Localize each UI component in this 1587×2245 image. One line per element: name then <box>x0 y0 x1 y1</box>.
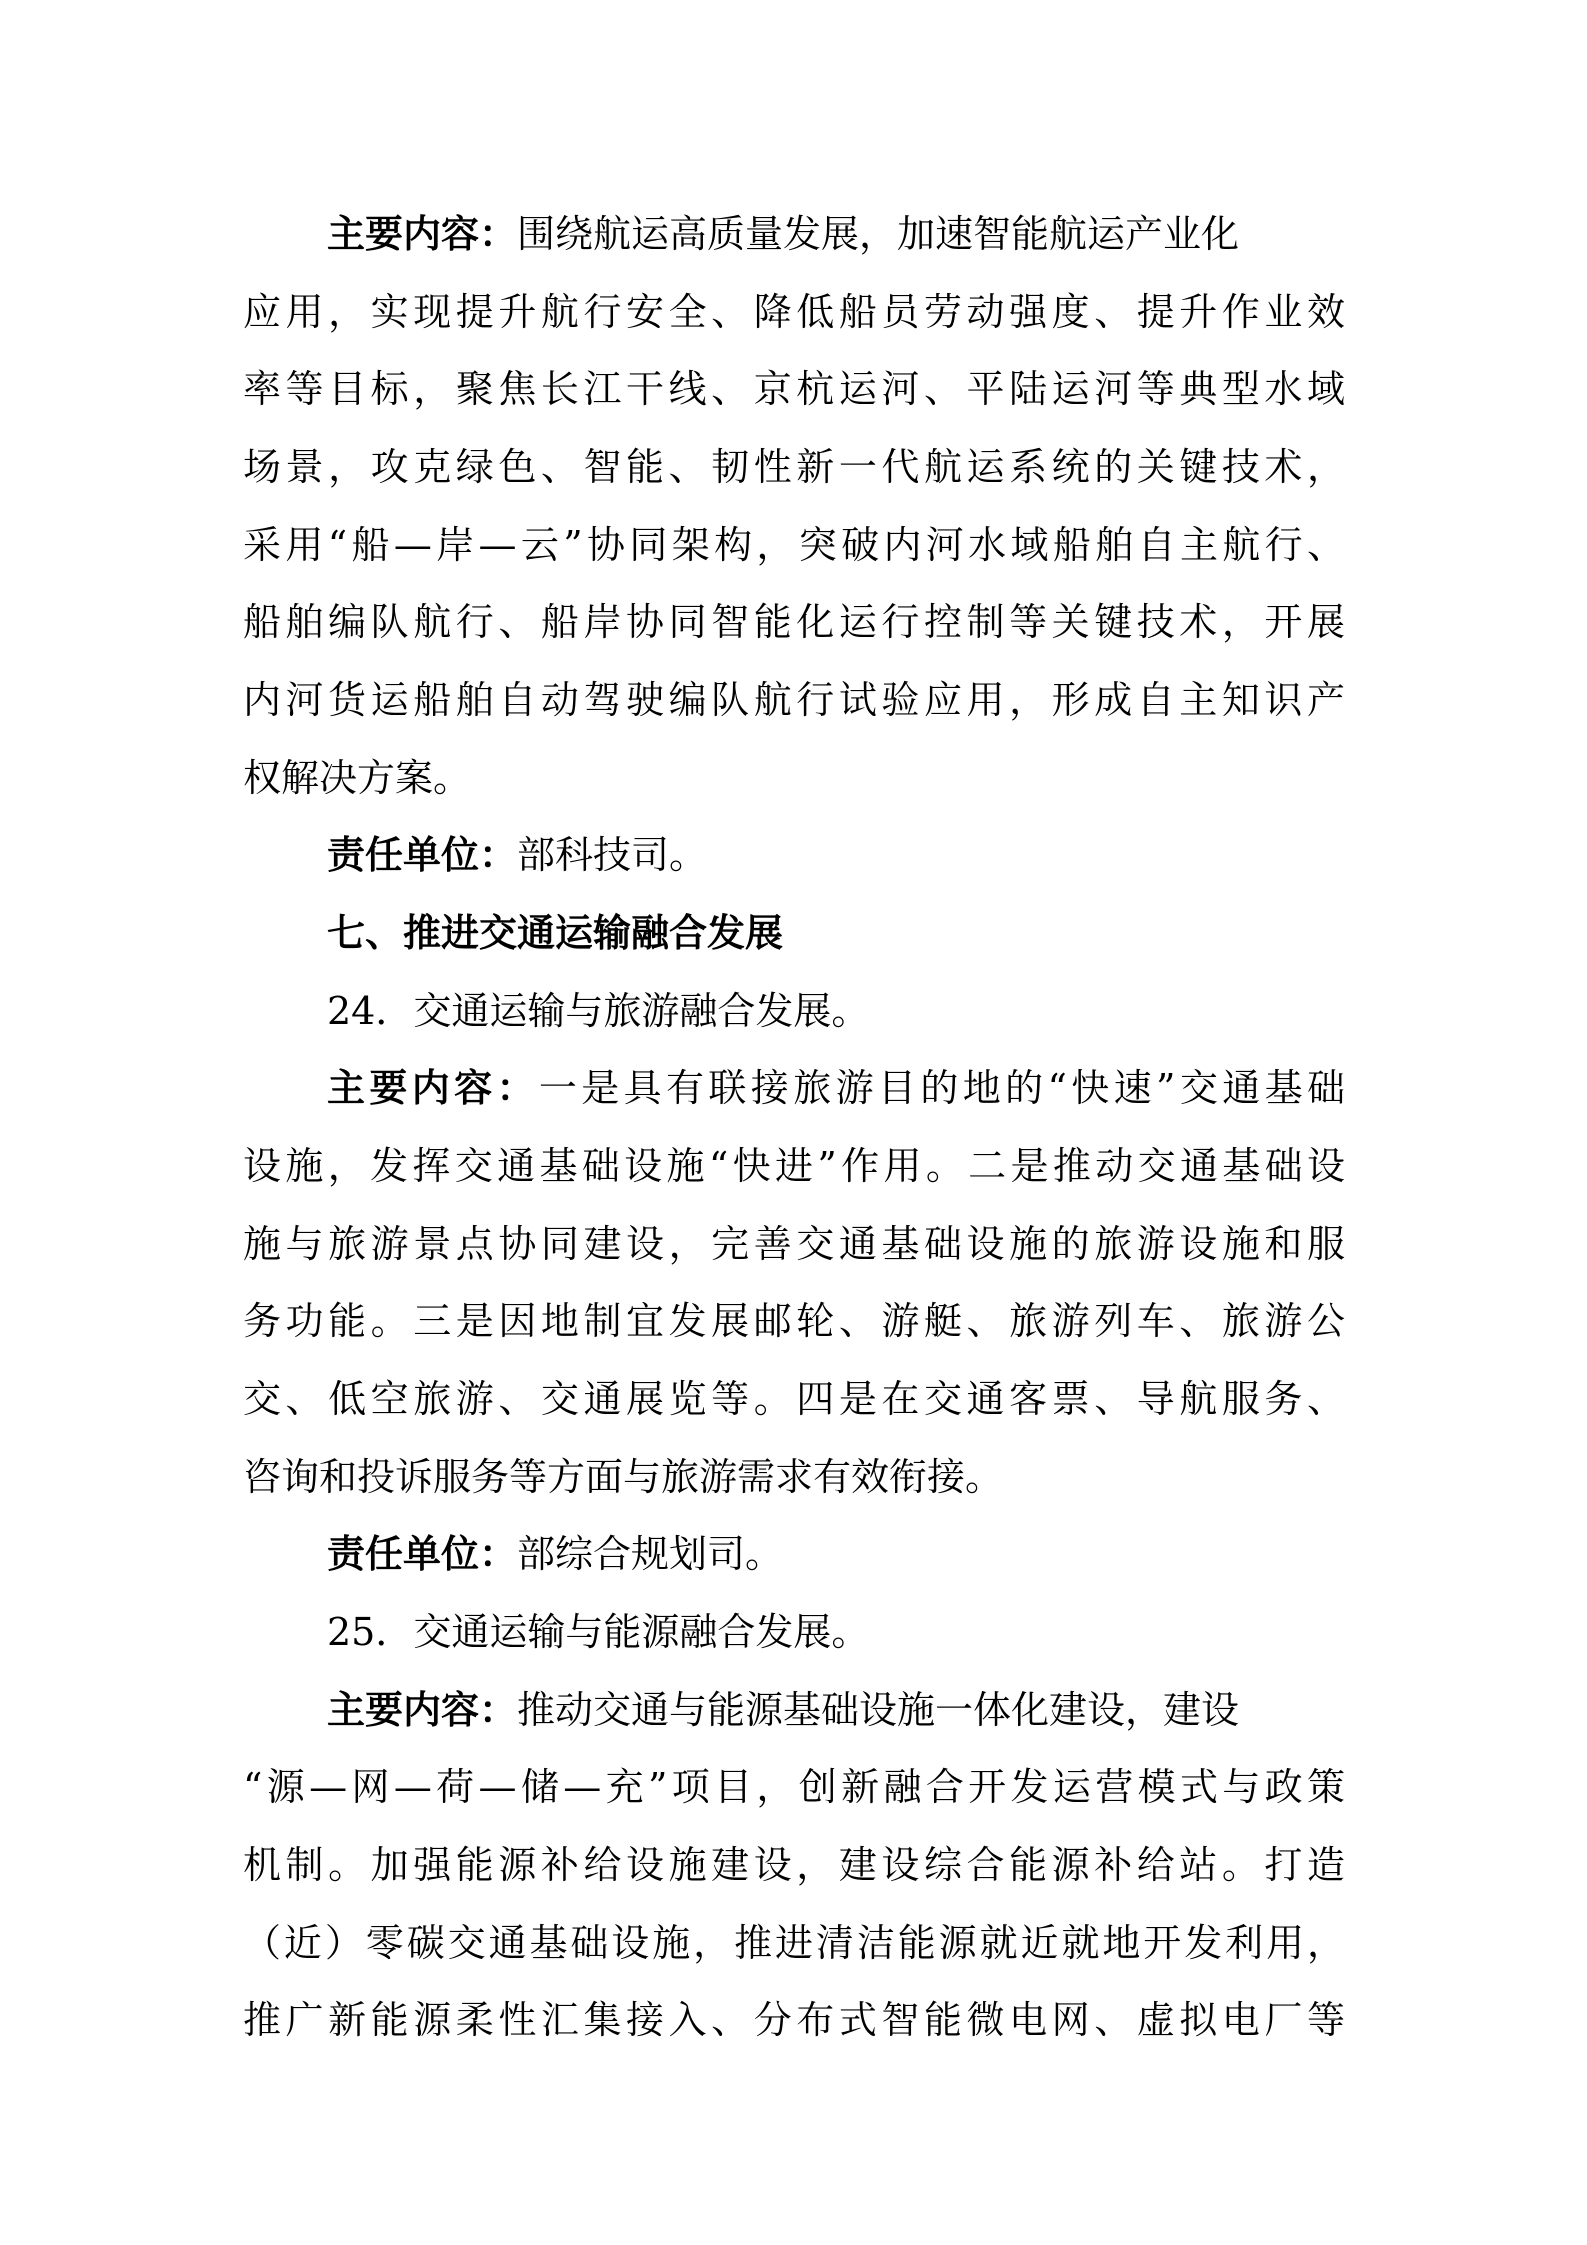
content-paragraph-line: 应用，实现提升航行安全、降低船员劳动强度、提升作业效 <box>243 288 1345 336</box>
responsible-unit-line: 责任单位：部科技司。 <box>327 831 1345 879</box>
content-paragraph-line: 权解决方案。 <box>243 754 1345 802</box>
content-text: 一是具有联接旅游目的地的“快速”交通基础 <box>539 1066 1345 1110</box>
content-label: 主要内容： <box>327 1066 539 1110</box>
content-paragraph-line: 主要内容：推动交通与能源基础设施一体化建设，建设 <box>327 1686 1345 1734</box>
content-label: 主要内容： <box>327 212 517 256</box>
content-paragraph-line: 设施，发挥交通基础设施“快进”作用。二是推动交通基础设 <box>243 1142 1345 1190</box>
responsible-label: 责任单位： <box>327 833 517 877</box>
content-paragraph-line: 推广新能源柔性汇集接入、分布式智能微电网、虚拟电厂等 <box>243 1996 1345 2044</box>
content-paragraph-line: 务功能。三是因地制宜发展邮轮、游艇、旅游列车、旅游公 <box>243 1297 1345 1345</box>
content-paragraph-line: 采用“船—岸—云”协同架构，突破内河水域船舶自主航行、 <box>243 521 1345 569</box>
content-paragraph-line: “源—网—荷—储—充”项目，创新融合开发运营模式与政策 <box>243 1763 1345 1811</box>
responsible-value: 部综合规划司。 <box>517 1532 783 1576</box>
content-paragraph-line: 内河货运船舶自动驾驶编队航行试验应用，形成自主知识产 <box>243 676 1345 724</box>
document-page: 主要内容：围绕航运高质量发展，加速智能航运产业化 应用，实现提升航行安全、降低船… <box>0 0 1587 2245</box>
content-text: 推动交通与能源基础设施一体化建设，建设 <box>517 1688 1239 1732</box>
content-paragraph-line: 咨询和投诉服务等方面与旅游需求有效衔接。 <box>243 1453 1345 1501</box>
responsible-unit-line: 责任单位：部综合规划司。 <box>327 1530 1345 1578</box>
chapter-heading: 七、推进交通运输融合发展 <box>327 909 1345 957</box>
content-paragraph-line: 场景，攻克绿色、智能、韧性新一代航运系统的关键技术， <box>243 443 1345 491</box>
content-paragraph-line: 机制。加强能源补给设施建设，建设综合能源补给站。打造 <box>243 1841 1345 1889</box>
content-label: 主要内容： <box>327 1688 517 1732</box>
responsible-label: 责任单位： <box>327 1532 517 1576</box>
content-paragraph-line: 主要内容：围绕航运高质量发展，加速智能航运产业化 <box>327 210 1345 258</box>
responsible-value: 部科技司。 <box>517 833 707 877</box>
content-paragraph-line: 主要内容：一是具有联接旅游目的地的“快速”交通基础 <box>327 1064 1345 1112</box>
content-paragraph-line: （近）零碳交通基础设施，推进清洁能源就近就地开发利用， <box>243 1919 1345 1967</box>
content-paragraph-line: 率等目标，聚焦长江干线、京杭运河、平陆运河等典型水域 <box>243 365 1345 413</box>
content-paragraph-line: 交、低空旅游、交通展览等。四是在交通客票、导航服务、 <box>243 1375 1345 1423</box>
content-paragraph-line: 施与旅游景点协同建设，完善交通基础设施的旅游设施和服 <box>243 1220 1345 1268</box>
content-text: 围绕航运高质量发展，加速智能航运产业化 <box>517 212 1239 256</box>
item-title: 24．交通运输与旅游融合发展。 <box>327 987 1345 1035</box>
content-paragraph-line: 船舶编队航行、船岸协同智能化运行控制等关键技术，开展 <box>243 598 1345 646</box>
item-title: 25．交通运输与能源融合发展。 <box>327 1608 1345 1656</box>
